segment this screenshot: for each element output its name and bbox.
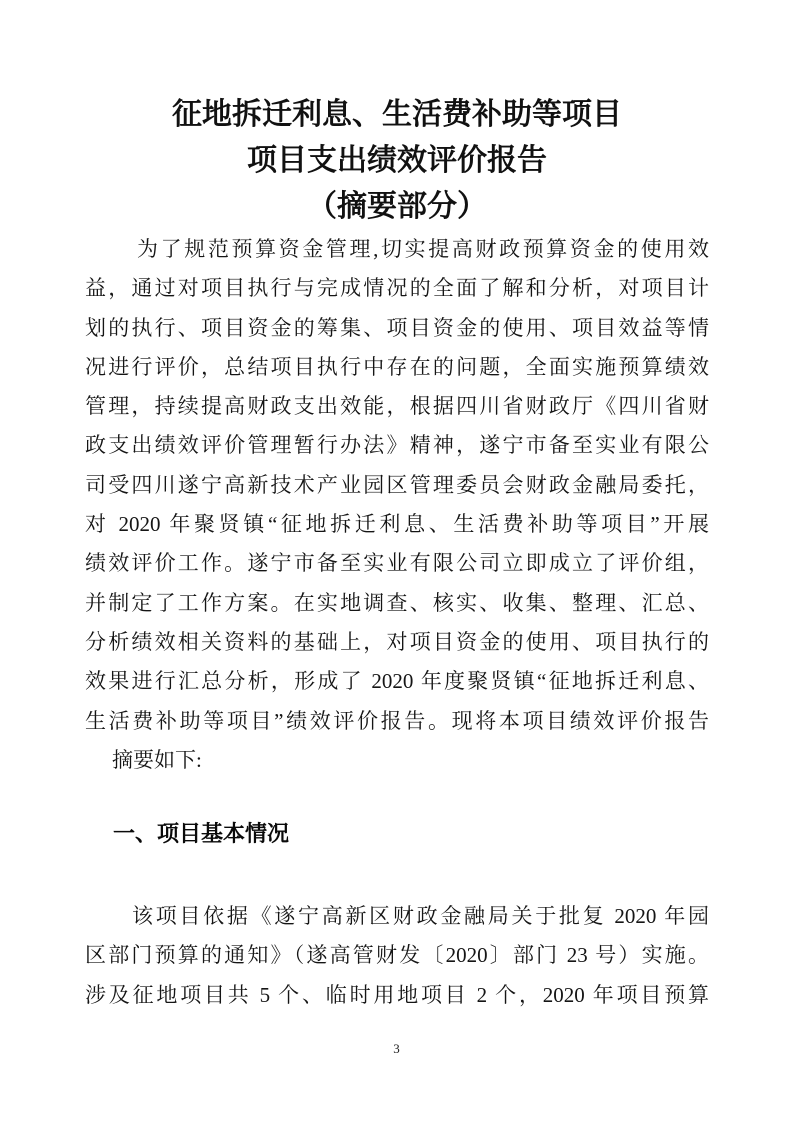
paragraph-line: 益，通过对项目执行与完成情况的全面了解和分析，对项目计 (85, 269, 709, 308)
paragraph-line: 为了规范预算资金管理,切实提高财政预算资金的使用效 (85, 230, 709, 269)
intro-paragraph: 为了规范预算资金管理,切实提高财政预算资金的使用效 益，通过对项目执行与完成情况… (85, 230, 709, 780)
paragraph-line: 效果进行汇总分析，形成了 2020 年度聚贤镇“征地拆迁利息、 (85, 662, 709, 701)
paragraph-line: 并制定了工作方案。在实地调查、核实、收集、整理、汇总、 (85, 584, 709, 623)
title-line-2: 项目支出绩效评价报告 (85, 138, 709, 184)
paragraph-line: 生活费补助等项目”绩效评价报告。现将本项目绩效评价报告 (85, 702, 709, 741)
paragraph-line: 摘要如下: (85, 741, 709, 780)
paragraph-line: 况进行评价，总结项目执行中存在的问题，全面实施预算绩效 (85, 348, 709, 387)
document-title: 征地拆迁利息、生活费补助等项目 项目支出绩效评价报告 （摘要部分） (85, 92, 709, 230)
section-1-paragraph: 该项目依据《遂宁高新区财政金融局关于批复 2020 年园 区部门预算的通知》（遂… (85, 897, 709, 1015)
paragraph-line: 涉及征地项目共 5 个、临时用地项目 2 个，2020 年项目预算 (85, 976, 709, 1015)
paragraph-line: 划的执行、项目资金的筹集、项目资金的使用、项目效益等情 (85, 309, 709, 348)
paragraph-line: 管理，持续提高财政支出效能，根据四川省财政厅《四川省财 (85, 387, 709, 426)
paragraph-line: 司受四川遂宁高新技术产业园区管理委员会财政金融局委托， (85, 466, 709, 505)
title-line-1: 征地拆迁利息、生活费补助等项目 (85, 92, 709, 138)
document-page: 征地拆迁利息、生活费补助等项目 项目支出绩效评价报告 （摘要部分） 为了规范预算… (0, 0, 793, 1122)
paragraph-line: 该项目依据《遂宁高新区财政金融局关于批复 2020 年园 (85, 897, 709, 936)
paragraph-line: 绩效评价工作。遂宁市备至实业有限公司立即成立了评价组， (85, 544, 709, 583)
paragraph-line: 分析绩效相关资料的基础上，对项目资金的使用、项目执行的 (85, 623, 709, 662)
paragraph-line: 政支出绩效评价管理暂行办法》精神，遂宁市备至实业有限公 (85, 426, 709, 465)
paragraph-line: 区部门预算的通知》（遂高管财发〔2020〕部门 23 号）实施。 (85, 936, 709, 975)
paragraph-line: 对 2020 年聚贤镇“征地拆迁利息、生活费补助等项目”开展 (85, 505, 709, 544)
page-number: 3 (0, 1040, 793, 1058)
section-heading-1: 一、项目基本情况 (113, 818, 709, 850)
title-line-3: （摘要部分） (85, 184, 709, 230)
